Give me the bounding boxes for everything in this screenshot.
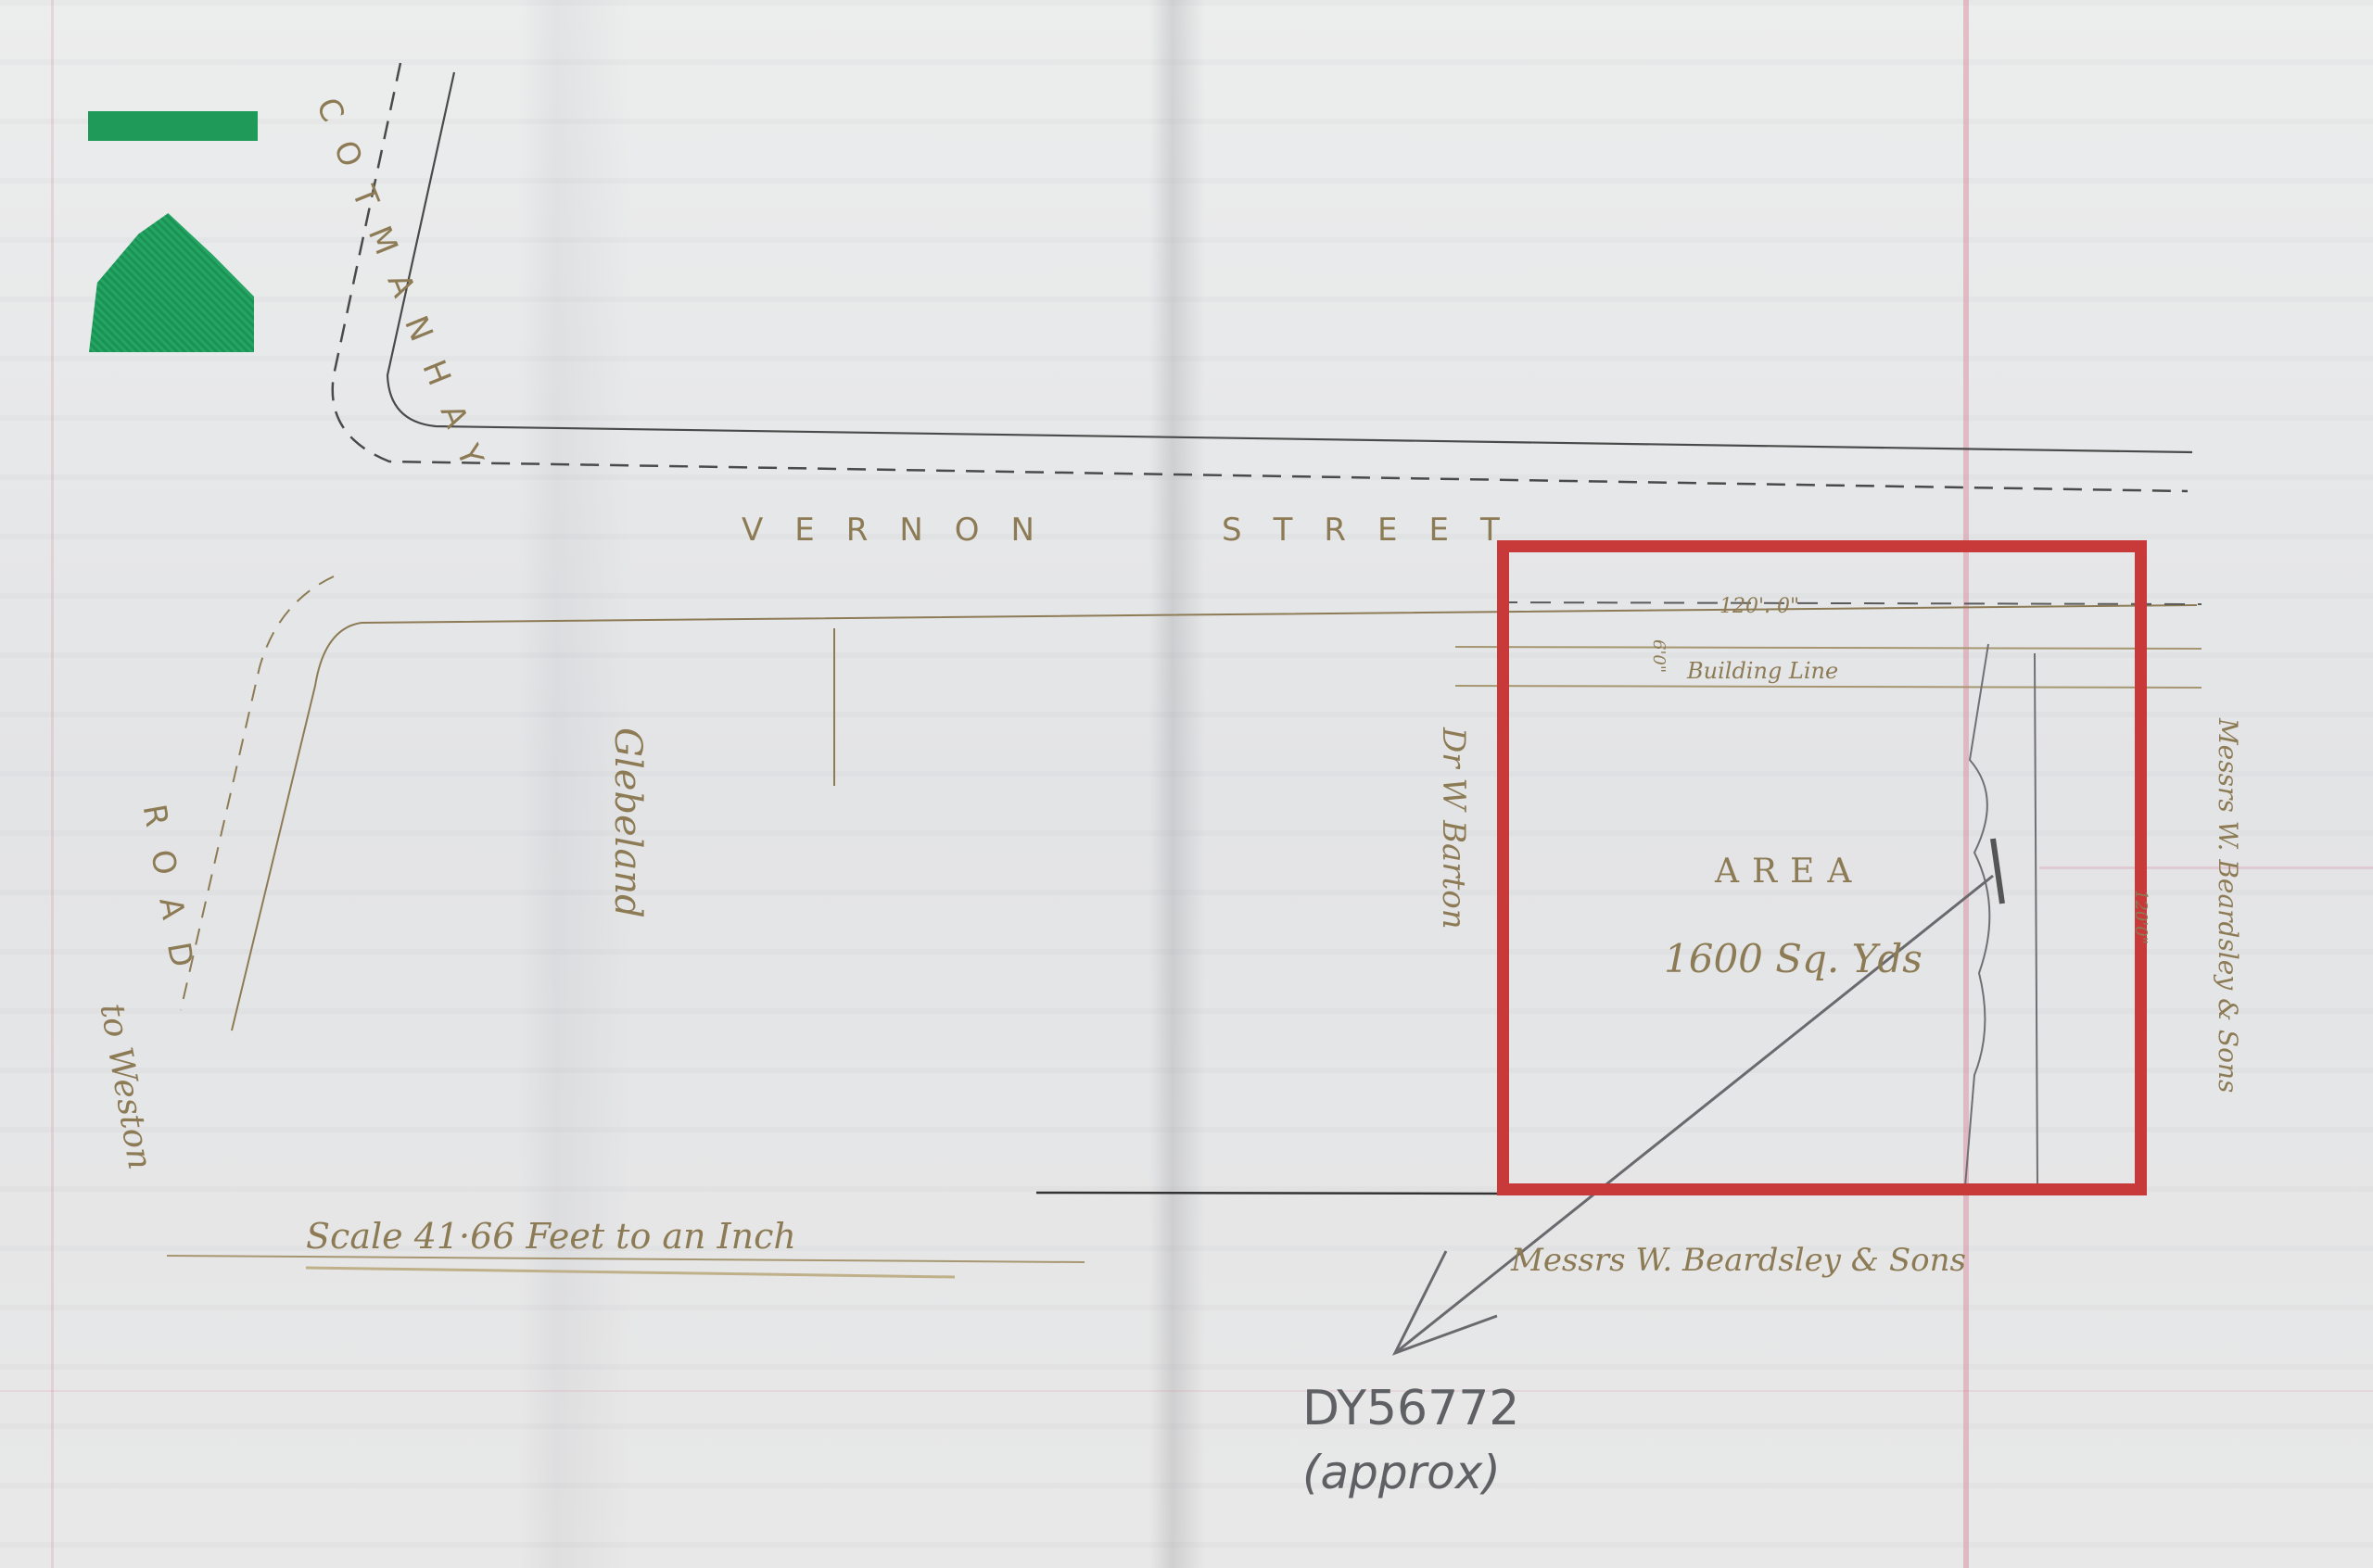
vernon-label: VERNON <box>742 512 1066 549</box>
reference-annotation: DY56772 <box>1302 1381 1519 1436</box>
cotmanhay-road-west-edge <box>333 63 2188 491</box>
cotmanhay-road-east-edge <box>387 72 2192 452</box>
vernon-street-south-dashed <box>181 576 334 1010</box>
scale-label: Scale 41·66 Feet to an Inch <box>306 1216 796 1257</box>
side-dimension: 120'0" <box>2131 890 2151 944</box>
scale-underline <box>167 1256 1085 1262</box>
pencil-arrow-head <box>1395 1251 1497 1353</box>
building-line-offset: 6'0" <box>1649 639 1669 673</box>
southern-boundary <box>1036 1193 1502 1194</box>
building-line-label: Building Line <box>1687 658 1838 684</box>
beardsley-east-label: Messrs W. Beardsley & Sons <box>2213 718 2243 1093</box>
area-value: 1600 Sq. Yds <box>1664 936 1923 981</box>
glebeland-label: Glebeland <box>606 727 649 918</box>
area-label: AREA <box>1715 853 1864 891</box>
approx-annotation: (approx) <box>1302 1446 1501 1499</box>
barton-label: Dr W Barton <box>1435 727 1472 929</box>
beardsley-south-label: Messrs W. Beardsley & Sons <box>1511 1242 1966 1279</box>
street-label: STREET <box>1222 512 1531 549</box>
scale-underline-2 <box>306 1268 955 1277</box>
frontage-dimension: 120'. 0" <box>1719 595 1799 618</box>
